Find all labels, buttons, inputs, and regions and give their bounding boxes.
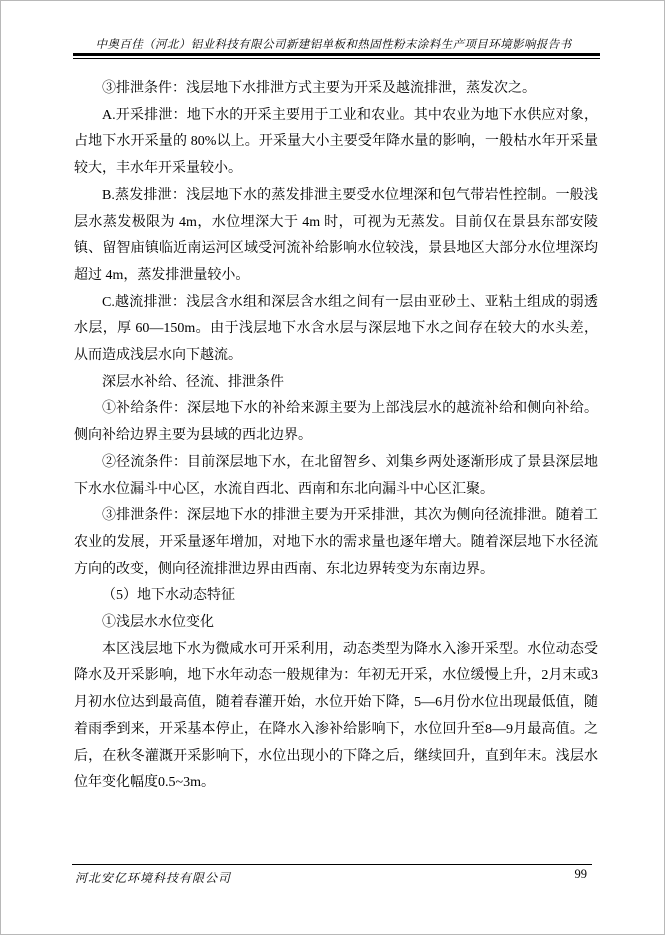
paragraph-evaporation-discharge: B.蒸发排泄：浅层地下水的蒸发排泄主要受水位埋深和包气带岩性控制。一般浅层水蒸发… [74,183,598,290]
paragraph-extraction-discharge: A.开采排泄：地下水的开采主要用于工业和农业。其中农业为地下水供应对象，占地下水… [74,103,598,183]
paragraph-discharge-conditions: ③排泄条件：浅层地下水排泄方式主要为开采及越流排泄，蒸发次之。 [74,76,598,103]
paragraph-recharge-conditions: ①补给条件：深层地下水的补给来源主要为上部浅层水的越流补给和侧向补给。侧向补给边… [74,396,598,449]
paragraph-shallow-water-level-heading: ①浅层水水位变化 [74,610,598,637]
header-double-rule [73,53,600,59]
paragraph-runoff-conditions: ②径流条件：目前深层地下水，在北留智乡、刘集乡两处逐渐形成了景县深层地下水水位漏… [74,450,598,503]
paragraph-shallow-water-dynamics: 本区浅层地下水为微咸水可开采利用，动态类型为降水入渗开采型。水位动态受降水及开采… [74,637,598,797]
paragraph-deep-discharge-conditions: ③排泄条件：深层地下水的排泄主要为开采排泄，其次为侧向径流排泄。随着工农业的发展… [74,503,598,583]
document-page: 中奥百佳（河北）铝业科技有限公司新建铝单板和热固性粉末涂料生产项目环境影响报告书… [0,0,665,935]
paragraph-overflow-discharge: C.越流排泄：浅层含水组和深层含水组之间有一层由亚砂土、亚粘土组成的弱透水层，厚… [74,290,598,370]
paragraph-dynamic-features-heading: （5）地下水动态特征 [74,583,598,610]
paragraph-deep-water-heading: 深层水补给、径流、排泄条件 [74,370,598,397]
document-body: ③排泄条件：浅层地下水排泄方式主要为开采及越流排泄，蒸发次之。 A.开采排泄：地… [74,76,598,797]
footer-rule [72,864,592,865]
report-header-title: 中奥百佳（河北）铝业科技有限公司新建铝单板和热固性粉末涂料生产项目环境影响报告书 [61,36,606,52]
page-number: 99 [73,867,587,882]
